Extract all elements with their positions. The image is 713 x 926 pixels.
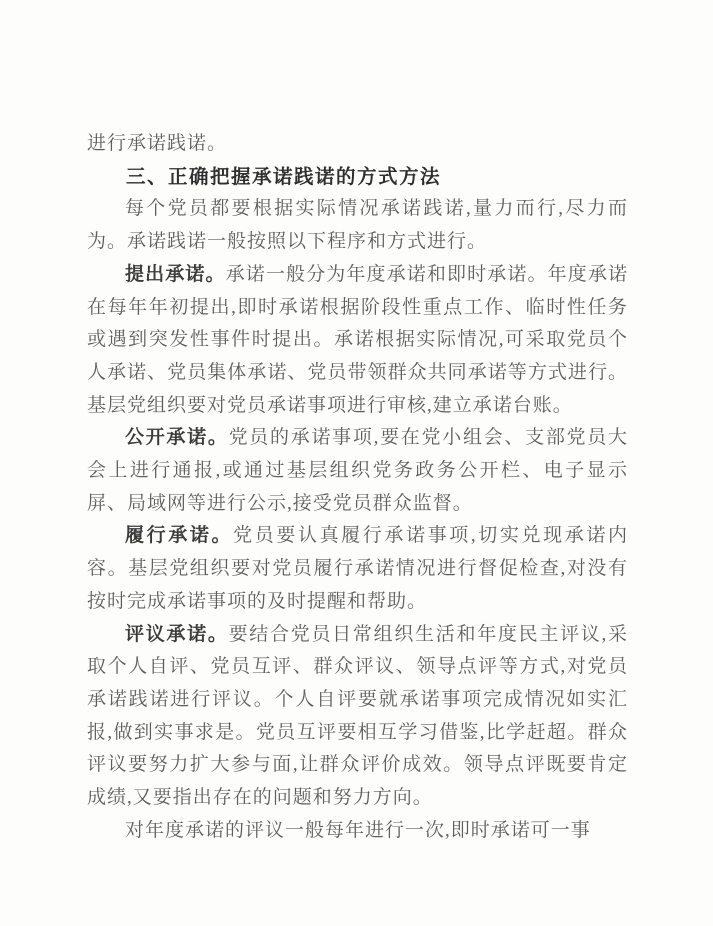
step-body-review: 要结合党员日常组织生活和年度民主评议,采取个人自评、党员互评、群众评议、领导点评…: [87, 624, 628, 809]
step-lead-fulfill: 履行承诺。: [125, 525, 233, 546]
step-paragraph-fulfill: 履行承诺。党员要认真履行承诺事项,切实兑现承诺内容。基层党组织要对党员履行承诺情…: [87, 520, 628, 618]
step-lead-propose: 提出承诺。: [125, 264, 226, 285]
scanned-page: 进行承诺践诺。 三、正确把握承诺践诺的方式方法 每个党员都要根据实际情况承诺践诺…: [0, 0, 713, 926]
step-lead-publicize: 公开承诺。: [125, 427, 229, 448]
step-body-propose: 承诺一般分为年度承诺和即时承诺。年度承诺在每年年初提出,即时承诺根据阶段性重点工…: [87, 264, 628, 416]
continuation-line: 进行承诺践诺。: [87, 128, 628, 161]
intro-paragraph: 每个党员都要根据实际情况承诺践诺,量力而行,尽力而为。承诺践诺一般按照以下程序和…: [87, 193, 628, 258]
section-heading: 三、正确把握承诺践诺的方式方法: [87, 161, 628, 194]
document-text-block: 进行承诺践诺。 三、正确把握承诺践诺的方式方法 每个党员都要根据实际情况承诺践诺…: [87, 128, 628, 847]
step-lead-review: 评议承诺。: [125, 624, 229, 645]
step-paragraph-propose: 提出承诺。承诺一般分为年度承诺和即时承诺。年度承诺在每年年初提出,即时承诺根据阶…: [87, 259, 628, 423]
closing-line: 对年度承诺的评议一般每年进行一次,即时承诺可一事: [87, 815, 628, 848]
step-paragraph-review: 评议承诺。要结合党员日常组织生活和年度民主评议,采取个人自评、党员互评、群众评议…: [87, 619, 628, 815]
step-paragraph-publicize: 公开承诺。党员的承诺事项,要在党小组会、支部党员大会上进行通报,或通过基层组织党…: [87, 422, 628, 520]
